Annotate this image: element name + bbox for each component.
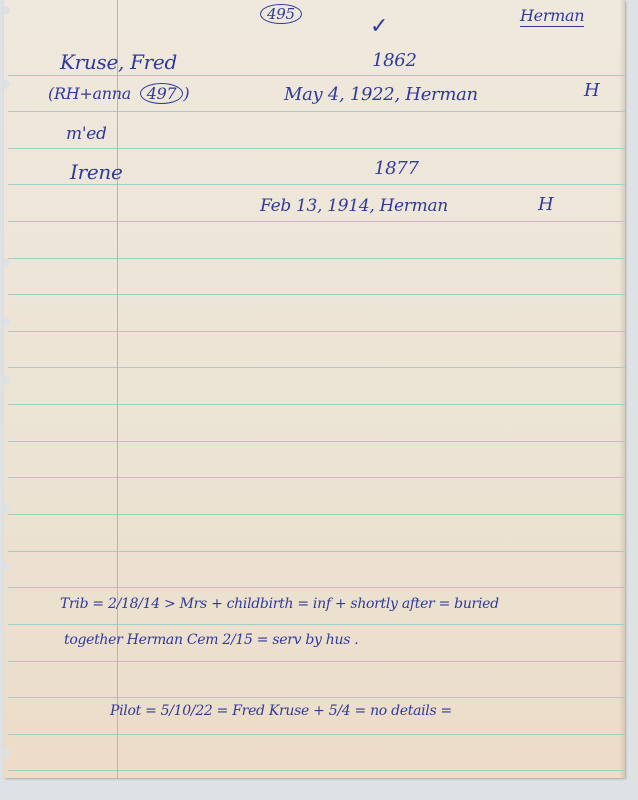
check-mark-icon: ✓ <box>370 14 388 39</box>
ruled-line <box>8 404 625 405</box>
ruled-line <box>8 514 625 515</box>
ruled-line <box>8 661 625 662</box>
binder-hole <box>4 376 10 385</box>
ruled-line <box>8 734 625 735</box>
ruled-line <box>8 551 625 552</box>
binder-hole <box>4 6 10 15</box>
ruled-line <box>8 770 625 771</box>
ruled-line <box>8 624 625 625</box>
parents-close: ) <box>183 84 189 103</box>
binder-hole <box>4 80 10 89</box>
ruled-line <box>8 148 625 149</box>
entry-marker: H <box>538 194 553 215</box>
entry-name: Kruse, Fred <box>60 50 177 74</box>
ruled-line <box>8 367 625 368</box>
ruled-line <box>8 75 625 76</box>
entry-parents: (RH+anna 497) <box>48 84 189 103</box>
entry-death: Feb 13, 1914, Herman <box>260 196 448 216</box>
ruled-line <box>8 221 625 222</box>
cemetery-header: Herman <box>520 6 584 27</box>
ruled-line <box>8 477 625 478</box>
binder-hole <box>4 318 10 327</box>
ruled-line <box>8 587 625 588</box>
note-tribune-line1: Trib = 2/18/14 > Mrs + childbirth = inf … <box>60 596 499 612</box>
note-tribune-line2: together Herman Cem 2/15 = serv by hus . <box>64 632 358 648</box>
entry-death: May 4, 1922, Herman <box>284 84 478 105</box>
red-margin-line <box>117 0 118 778</box>
ruled-line <box>8 331 625 332</box>
entry-name: Irene <box>70 160 123 184</box>
binder-hole <box>4 748 10 757</box>
binder-hole <box>4 504 10 513</box>
ruled-line <box>8 697 625 698</box>
parents-text: (RH+anna <box>48 84 131 103</box>
page-number-circled: 495 <box>260 4 302 24</box>
entry-relation: m'ed <box>66 124 107 144</box>
ruled-line <box>8 294 625 295</box>
ruled-line <box>8 111 625 112</box>
note-pilot: Pilot = 5/10/22 = Fred Kruse + 5/4 = no … <box>110 703 452 719</box>
entry-birth-year: 1877 <box>374 158 419 179</box>
parents-ref-circled: 497 <box>140 83 184 104</box>
ruled-line <box>8 258 625 259</box>
ruled-line <box>8 441 625 442</box>
binder-hole <box>4 258 10 267</box>
ruled-line <box>8 184 625 185</box>
entry-birth-year: 1862 <box>372 50 417 71</box>
binder-hole <box>4 562 10 571</box>
entry-marker: H <box>584 80 599 101</box>
notebook-page: 495 Herman ✓ Kruse, Fred (RH+anna 497) 1… <box>4 0 625 778</box>
